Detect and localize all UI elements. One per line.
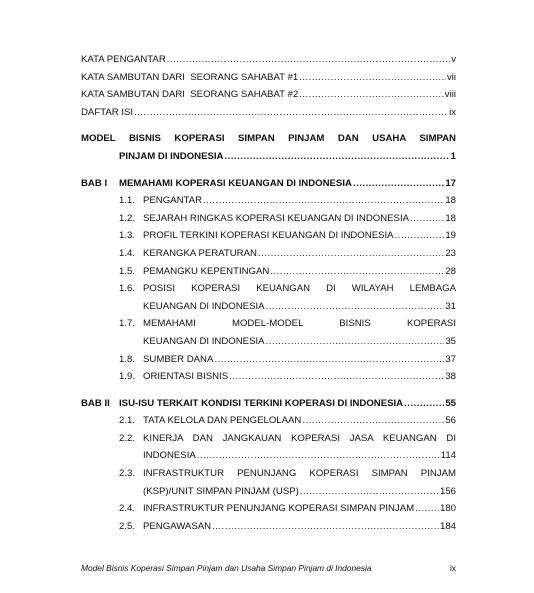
toc-entry-page: 38 bbox=[445, 368, 456, 386]
section-number: 2.4. bbox=[119, 500, 143, 518]
section-title: TATA KELOLA DAN PENGELOLAAN bbox=[143, 415, 301, 426]
section-title: KINERJA DAN JANGKAUAN KOPERASI JASA KEUA… bbox=[143, 430, 456, 448]
toc-entry-page: 37 bbox=[445, 351, 456, 369]
section-title: POSISI KOPERASI KEUANGAN DI WILAYAH LEMB… bbox=[143, 280, 456, 298]
chapter-title: ISU-ISU TERKAIT KONDISI TERKINI KOPERASI… bbox=[119, 398, 403, 409]
toc-entry-page: 114 bbox=[441, 447, 456, 465]
leader-dots bbox=[270, 263, 444, 281]
chapter-number: BAB II bbox=[81, 395, 119, 413]
section-title: PEMANGKU KEPENTINGAN bbox=[143, 266, 269, 277]
toc-section[interactable]: 1.3.PROFIL TERKINI KOPERASI KEUANGAN DI … bbox=[81, 227, 456, 245]
section-title-cont: KEUANGAN DI INDONESIA bbox=[143, 298, 265, 316]
toc-entry-label: DAFTAR ISI bbox=[81, 104, 133, 122]
chapter-number: BAB I bbox=[81, 175, 119, 193]
section-number: 2.2. bbox=[119, 430, 143, 448]
section-title: MEMAHAMI MODEL-MODEL BISNIS KOPERASI bbox=[143, 315, 456, 333]
toc-section-line1[interactable]: 2.3. INFRASTRUKTUR PENUNJANG KOPERASI SI… bbox=[81, 465, 456, 483]
toc-entry-label: KATA SAMBUTAN DARI SEORANG SAHABAT #2 bbox=[81, 86, 298, 104]
leader-dots bbox=[395, 227, 445, 245]
toc-section-line2[interactable]: KEUANGAN DI INDONESIA 31 bbox=[81, 298, 456, 316]
section-title-cont: INDONESIA bbox=[143, 447, 196, 465]
toc-entry[interactable]: KATA SAMBUTAN DARI SEORANG SAHABAT #2 vi… bbox=[81, 86, 456, 104]
toc-entry-label: KATA PENGANTAR bbox=[81, 51, 166, 69]
section-number: 1.1. bbox=[119, 192, 143, 210]
toc-section[interactable]: 1.1.PENGANTAR 18 bbox=[81, 192, 456, 210]
toc-section[interactable]: 2.5.PENGAWASAN 184 bbox=[81, 518, 456, 536]
toc-entry-page: 23 bbox=[445, 245, 456, 263]
toc-entry-page: 56 bbox=[445, 412, 456, 430]
toc-section-line1[interactable]: 1.6. POSISI KOPERASI KEUANGAN DI WILAYAH… bbox=[81, 280, 456, 298]
section-number: 2.3. bbox=[119, 465, 143, 483]
toc-entry-page: 55 bbox=[445, 395, 456, 413]
toc-entry-page: 18 bbox=[445, 210, 456, 228]
leader-dots bbox=[203, 192, 444, 210]
toc-section-line1[interactable]: 2.2. KINERJA DAN JANGKAUAN KOPERASI JASA… bbox=[81, 430, 456, 448]
toc-entry-page: 18 bbox=[445, 192, 456, 210]
section-number: 2.1. bbox=[119, 412, 143, 430]
section-number: 1.8. bbox=[119, 351, 143, 369]
section-title: SEJARAH RINGKAS KOPERASI KEUANGAN DI IND… bbox=[143, 213, 409, 224]
section-title: ORIENTASI BISNIS bbox=[143, 371, 228, 382]
leader-dots bbox=[167, 51, 450, 69]
toc-entry-page: ix bbox=[449, 104, 456, 122]
section-heading: 1.5.PEMANGKU KEPENTINGAN bbox=[119, 263, 269, 281]
footer-title: Model Bisnis Koperasi Simpan Pinjam dan … bbox=[81, 563, 372, 573]
leader-dots bbox=[197, 447, 440, 465]
section-heading: 1.9.ORIENTASI BISNIS bbox=[119, 368, 228, 386]
toc-section-line1[interactable]: 1.7. MEMAHAMI MODEL-MODEL BISNIS KOPERAS… bbox=[81, 315, 456, 333]
section-heading: 1.2.SEJARAH RINGKAS KOPERASI KEUANGAN DI… bbox=[119, 210, 409, 228]
toc-section[interactable]: 1.2.SEJARAH RINGKAS KOPERASI KEUANGAN DI… bbox=[81, 210, 456, 228]
toc-entry[interactable]: DAFTAR ISI ix bbox=[81, 104, 456, 122]
leader-dots bbox=[404, 395, 444, 413]
section-number: 1.4. bbox=[119, 245, 143, 263]
toc-main-title-line1[interactable]: MODEL BISNIS KOPERASI SIMPAN PINJAM DAN … bbox=[81, 130, 456, 148]
leader-dots bbox=[212, 518, 439, 536]
toc-entry-label: PINJAM DI INDONESIA bbox=[119, 148, 223, 166]
toc-main-title-line2[interactable]: PINJAM DI INDONESIA 1 bbox=[81, 148, 456, 166]
leader-dots bbox=[299, 86, 444, 104]
toc-entry-page: 184 bbox=[440, 518, 456, 536]
leader-dots bbox=[353, 175, 444, 193]
toc-entry-page: 31 bbox=[445, 298, 456, 316]
toc-section[interactable]: 2.4.INFRASTRUKTUR PENUNJANG KOPERASI SIM… bbox=[81, 500, 456, 518]
section-heading: 1.4.KERANGKA PERATURAN bbox=[119, 245, 257, 263]
section-title: PENGANTAR bbox=[143, 195, 202, 206]
leader-dots bbox=[229, 368, 444, 386]
leader-dots bbox=[300, 483, 439, 501]
section-title: INFRASTRUKTUR PENUNJANG KOPERASI SIMPAN … bbox=[143, 465, 456, 483]
toc-entry-page: vii bbox=[447, 69, 456, 87]
section-heading: 2.5.PENGAWASAN bbox=[119, 518, 211, 536]
toc-main-title-text: MODEL BISNIS KOPERASI SIMPAN PINJAM DAN … bbox=[81, 130, 456, 148]
document-page: KATA PENGANTAR v KATA SAMBUTAN DARI SEOR… bbox=[0, 0, 534, 593]
section-title: SUMBER DANA bbox=[143, 354, 213, 365]
section-heading: 1.3.PROFIL TERKINI KOPERASI KEUANGAN DI … bbox=[119, 227, 394, 245]
toc-section[interactable]: 1.9.ORIENTASI BISNIS 38 bbox=[81, 368, 456, 386]
toc-section-line2[interactable]: INDONESIA 114 bbox=[81, 447, 456, 465]
chapter-title: MEMAHAMI KOPERASI KEUANGAN DI INDONESIA bbox=[119, 178, 352, 189]
section-number: 1.3. bbox=[119, 227, 143, 245]
toc-section-line2[interactable]: KEUANGAN DI INDONESIA 35 bbox=[81, 333, 456, 351]
leader-dots bbox=[410, 210, 444, 228]
toc-entry-label: KATA SAMBUTAN DARI SEORANG SAHABAT #1 bbox=[81, 69, 298, 87]
toc-entry-page: 28 bbox=[445, 263, 456, 281]
leader-dots bbox=[266, 298, 445, 316]
toc-entry-page: 1 bbox=[451, 148, 456, 166]
toc-entry-page: 35 bbox=[445, 333, 456, 351]
section-title: INFRASTRUKTUR PENUNJANG KOPERASI SIMPAN … bbox=[143, 503, 414, 514]
leader-dots bbox=[214, 351, 444, 369]
leader-dots bbox=[258, 245, 444, 263]
toc-chapter-bab-1[interactable]: BAB IMEMAHAMI KOPERASI KEUANGAN DI INDON… bbox=[81, 175, 456, 193]
section-heading: 2.4.INFRASTRUKTUR PENUNJANG KOPERASI SIM… bbox=[119, 500, 414, 518]
section-number: 1.6. bbox=[119, 280, 143, 298]
leader-dots bbox=[415, 500, 439, 518]
toc-entry[interactable]: KATA SAMBUTAN DARI SEORANG SAHABAT #1 vi… bbox=[81, 69, 456, 87]
page-footer: Model Bisnis Koperasi Simpan Pinjam dan … bbox=[81, 563, 456, 573]
toc-entry-page: 19 bbox=[445, 227, 456, 245]
chapter-heading: BAB IMEMAHAMI KOPERASI KEUANGAN DI INDON… bbox=[81, 175, 352, 193]
toc-section[interactable]: 1.4.KERANGKA PERATURAN 23 bbox=[81, 245, 456, 263]
section-title: PROFIL TERKINI KOPERASI KEUANGAN DI INDO… bbox=[143, 230, 394, 241]
section-number: 2.5. bbox=[119, 518, 143, 536]
section-heading: 1.1.PENGANTAR bbox=[119, 192, 202, 210]
section-number: 1.9. bbox=[119, 368, 143, 386]
chapter-heading: BAB IIISU-ISU TERKAIT KONDISI TERKINI KO… bbox=[81, 395, 403, 413]
table-of-contents: KATA PENGANTAR v KATA SAMBUTAN DARI SEOR… bbox=[81, 51, 456, 535]
toc-entry[interactable]: KATA PENGANTAR v bbox=[81, 51, 456, 69]
toc-entry-page: 156 bbox=[440, 483, 456, 501]
toc-section[interactable]: 2.1.TATA KELOLA DAN PENGELOLAAN 56 bbox=[81, 412, 456, 430]
section-title-cont: (KSP)/UNIT SIMPAN PINJAM (USP) bbox=[143, 483, 299, 501]
toc-chapter-bab-2[interactable]: BAB IIISU-ISU TERKAIT KONDISI TERKINI KO… bbox=[81, 395, 456, 413]
leader-dots bbox=[266, 333, 445, 351]
section-heading: 2.1.TATA KELOLA DAN PENGELOLAAN bbox=[119, 412, 301, 430]
toc-entry-page: v bbox=[451, 51, 456, 69]
toc-section-line2[interactable]: (KSP)/UNIT SIMPAN PINJAM (USP) 156 bbox=[81, 483, 456, 501]
toc-entry-page: viii bbox=[445, 86, 456, 104]
toc-entry-page: 180 bbox=[440, 500, 456, 518]
leader-dots bbox=[302, 412, 444, 430]
section-number: 1.2. bbox=[119, 210, 143, 228]
section-title: KERANGKA PERATURAN bbox=[143, 248, 257, 259]
leader-dots bbox=[224, 148, 449, 166]
section-title: PENGAWASAN bbox=[143, 521, 211, 532]
toc-section[interactable]: 1.5.PEMANGKU KEPENTINGAN 28 bbox=[81, 263, 456, 281]
section-title-cont: KEUANGAN DI INDONESIA bbox=[143, 333, 265, 351]
leader-dots bbox=[299, 69, 446, 87]
toc-section[interactable]: 1.8.SUMBER DANA 37 bbox=[81, 351, 456, 369]
section-number: 1.5. bbox=[119, 263, 143, 281]
toc-entry-page: 17 bbox=[445, 175, 456, 193]
section-heading: 1.8.SUMBER DANA bbox=[119, 351, 213, 369]
footer-page-number: ix bbox=[450, 563, 456, 573]
leader-dots bbox=[134, 104, 448, 122]
section-number: 1.7. bbox=[119, 315, 143, 333]
